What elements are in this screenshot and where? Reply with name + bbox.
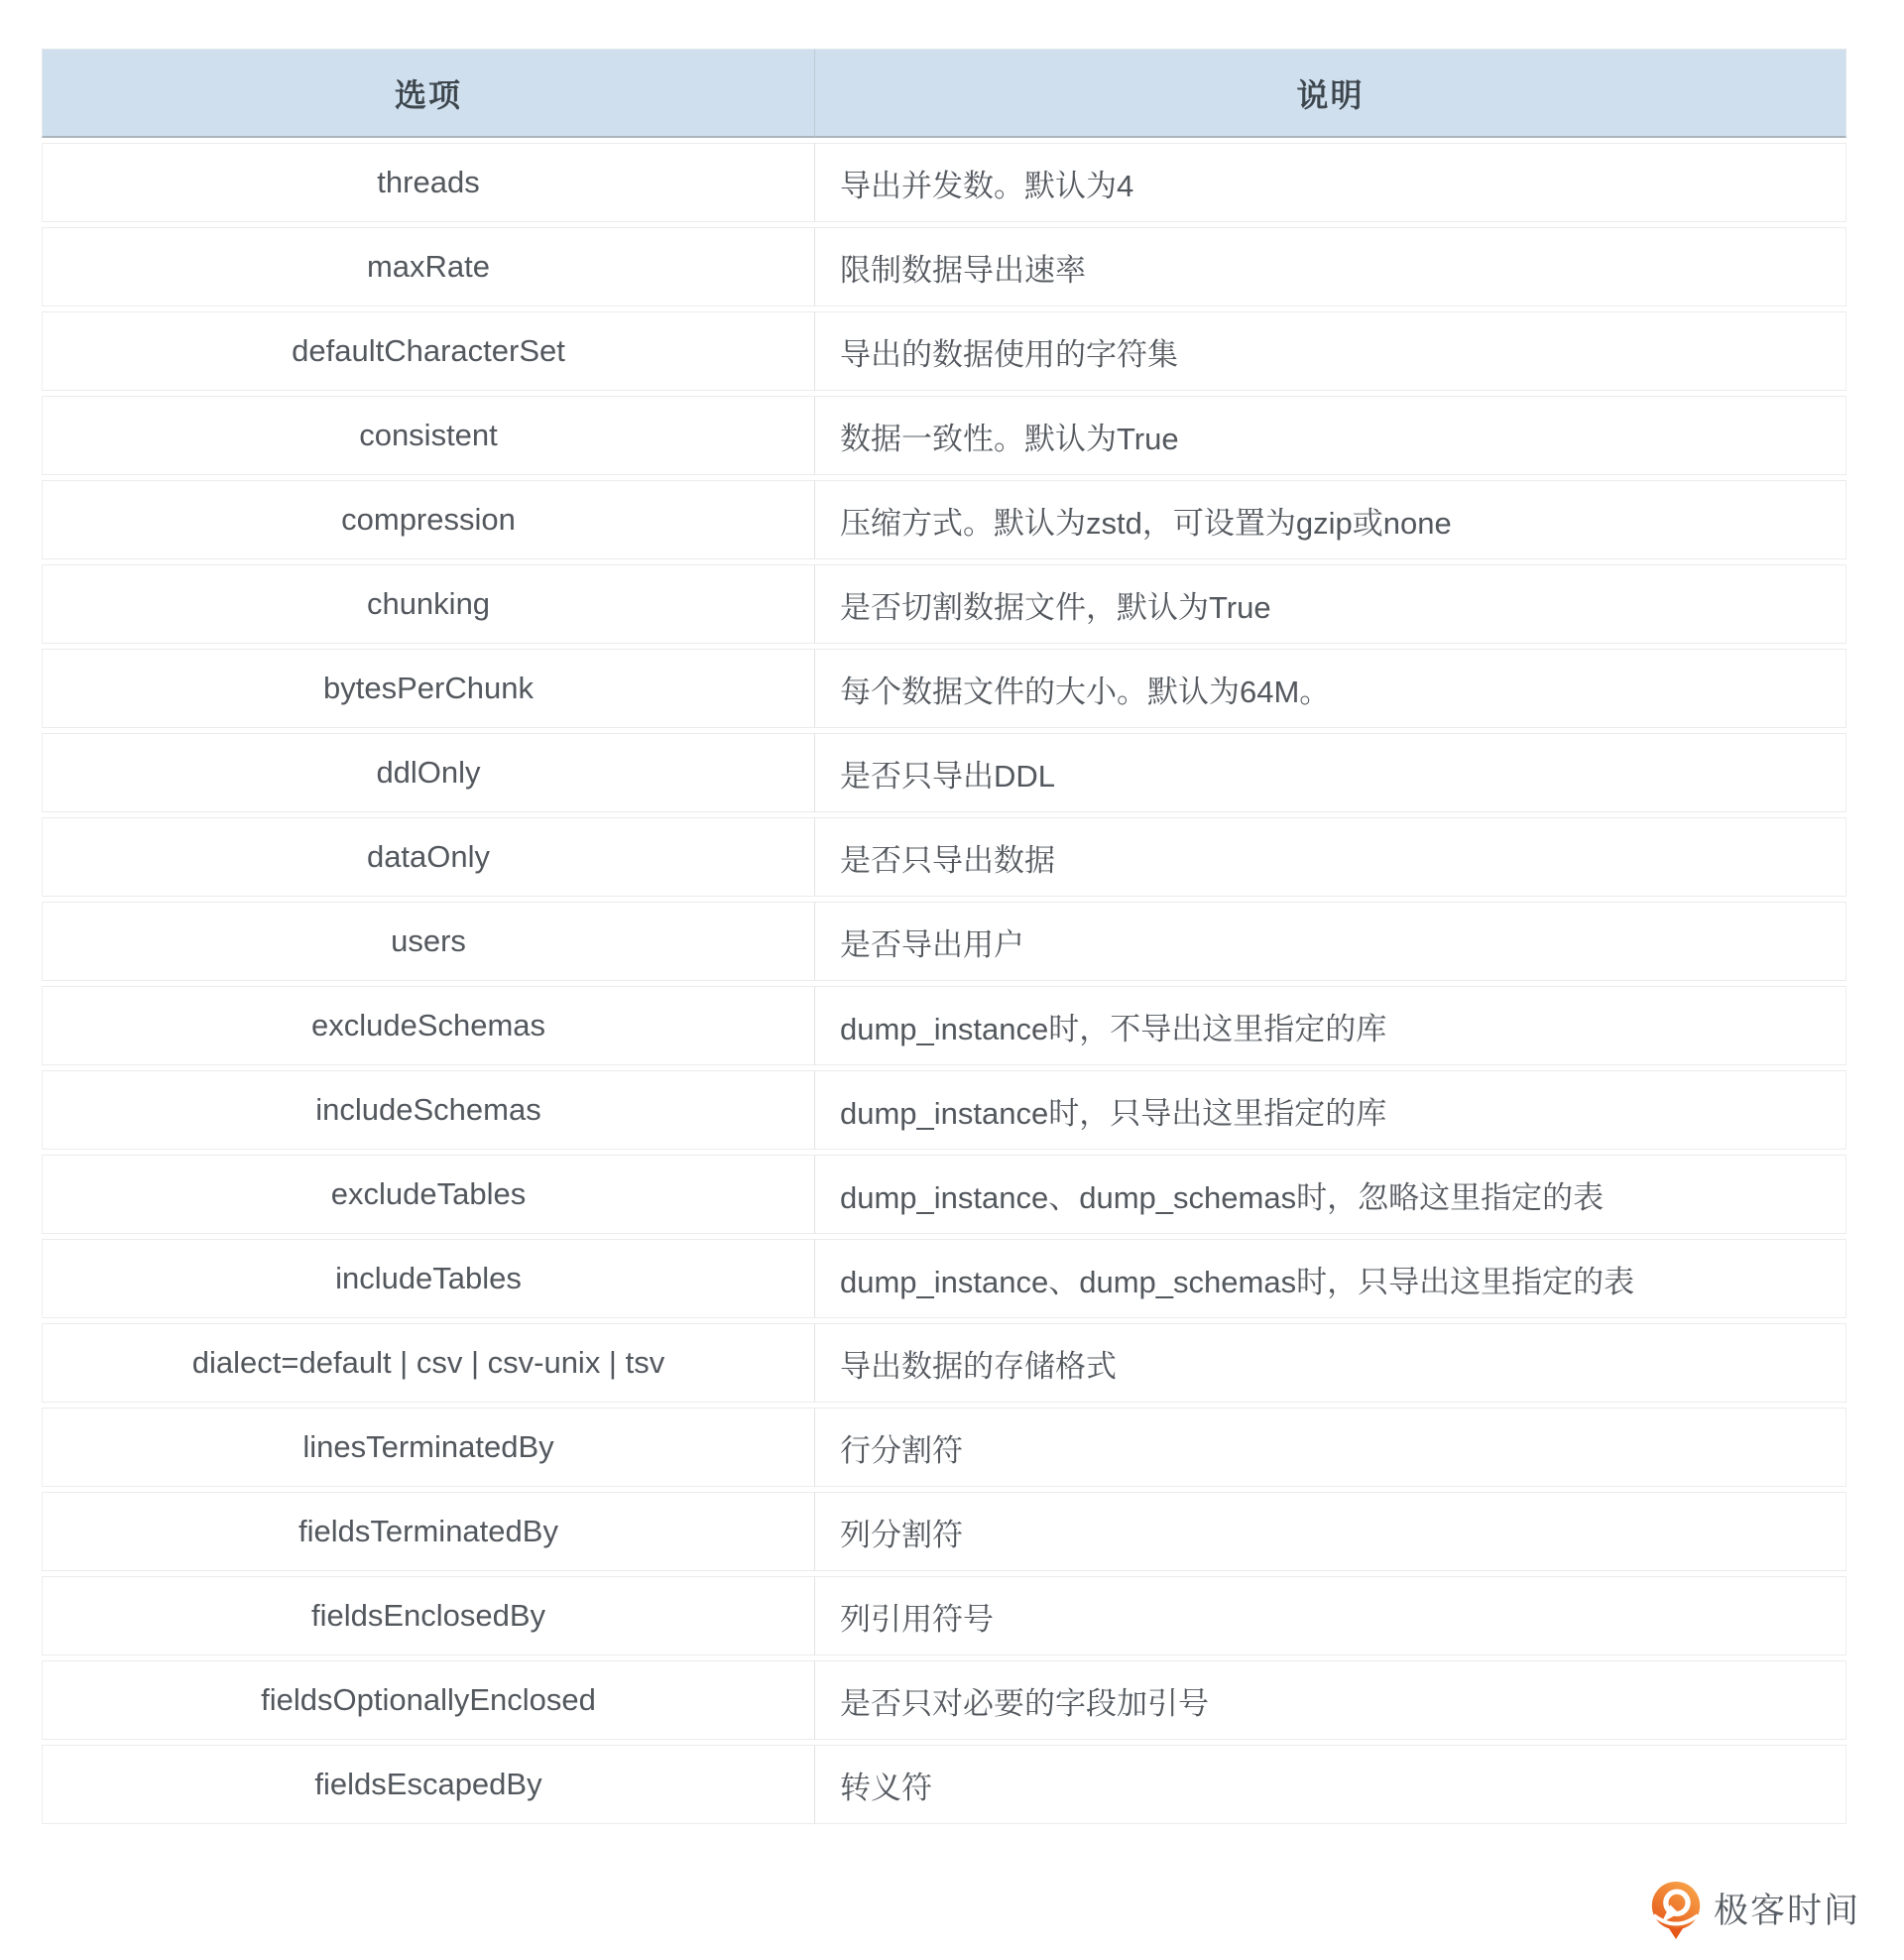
table-row: dataOnly 是否只导出数据 [42,817,1846,897]
table-row: includeSchemas dump_instance时，只导出这里指定的库 [42,1070,1846,1150]
table-row: includeTables dump_instance、dump_schemas… [42,1239,1846,1318]
description-cell: dump_instance、dump_schemas时，只导出这里指定的表 [815,1239,1846,1318]
table-row: linesTerminatedBy 行分割符 [42,1408,1846,1487]
table-row: ddlOnly 是否只导出DDL [42,733,1846,812]
option-cell: includeTables [42,1239,815,1318]
option-cell: consistent [42,396,815,475]
table-row: consistent 数据一致性。默认为True [42,396,1846,475]
table-row: fieldsTerminatedBy 列分割符 [42,1492,1846,1571]
option-cell: linesTerminatedBy [42,1408,815,1487]
options-table-container: 选项 说明 threads 导出并发数。默认为4 maxRate 限制数据导出速… [42,44,1846,1829]
description-cell: 导出并发数。默认为4 [815,143,1846,222]
description-cell: 每个数据文件的大小。默认为64M。 [815,649,1846,728]
description-cell: 列分割符 [815,1492,1846,1571]
table-row: threads 导出并发数。默认为4 [42,143,1846,222]
option-cell: threads [42,143,815,222]
option-cell: fieldsOptionallyEnclosed [42,1660,815,1740]
table-row: fieldsOptionallyEnclosed 是否只对必要的字段加引号 [42,1660,1846,1740]
options-table: 选项 说明 threads 导出并发数。默认为4 maxRate 限制数据导出速… [42,44,1846,1829]
option-cell: bytesPerChunk [42,649,815,728]
option-cell: fieldsEnclosedBy [42,1576,815,1655]
description-cell: 是否导出用户 [815,902,1846,981]
table-row: fieldsEnclosedBy 列引用符号 [42,1576,1846,1655]
table-row: excludeSchemas dump_instance时，不导出这里指定的库 [42,986,1846,1065]
table-row: users 是否导出用户 [42,902,1846,981]
description-cell: 转义符 [815,1745,1846,1824]
table-row: chunking 是否切割数据文件，默认为True [42,564,1846,644]
geektime-logo-icon [1648,1881,1704,1940]
column-header-option: 选项 [42,49,815,138]
table-row: bytesPerChunk 每个数据文件的大小。默认为64M。 [42,649,1846,728]
option-cell: dataOnly [42,817,815,897]
table-row: maxRate 限制数据导出速率 [42,227,1846,306]
table-header-row: 选项 说明 [42,49,1846,138]
option-cell: compression [42,480,815,559]
description-cell: 是否切割数据文件，默认为True [815,564,1846,644]
option-cell: fieldsEscapedBy [42,1745,815,1824]
description-cell: 是否只对必要的字段加引号 [815,1660,1846,1740]
description-cell: dump_instance时，只导出这里指定的库 [815,1070,1846,1150]
table-row: excludeTables dump_instance、dump_schemas… [42,1155,1846,1234]
description-cell: 是否只导出DDL [815,733,1846,812]
option-cell: excludeSchemas [42,986,815,1065]
description-cell: 导出数据的存储格式 [815,1323,1846,1403]
option-cell: ddlOnly [42,733,815,812]
description-cell: 是否只导出数据 [815,817,1846,897]
description-cell: 限制数据导出速率 [815,227,1846,306]
geektime-logo-text: 极客时间 [1714,1894,1860,1928]
table-row: dialect=default | csv | csv-unix | tsv 导… [42,1323,1846,1403]
option-cell: excludeTables [42,1155,815,1234]
table-row: fieldsEscapedBy 转义符 [42,1745,1846,1824]
description-cell: dump_instance时，不导出这里指定的库 [815,986,1846,1065]
description-cell: 行分割符 [815,1408,1846,1487]
description-cell: dump_instance、dump_schemas时，忽略这里指定的表 [815,1155,1846,1234]
table-row: defaultCharacterSet 导出的数据使用的字符集 [42,311,1846,391]
description-cell: 导出的数据使用的字符集 [815,311,1846,391]
geektime-watermark: 极客时间 [1648,1881,1860,1940]
option-cell: fieldsTerminatedBy [42,1492,815,1571]
option-cell: dialect=default | csv | csv-unix | tsv [42,1323,815,1403]
option-cell: defaultCharacterSet [42,311,815,391]
option-cell: includeSchemas [42,1070,815,1150]
option-cell: users [42,902,815,981]
description-cell: 数据一致性。默认为True [815,396,1846,475]
description-cell: 压缩方式。默认为zstd，可设置为gzip或none [815,480,1846,559]
description-cell: 列引用符号 [815,1576,1846,1655]
table-row: compression 压缩方式。默认为zstd，可设置为gzip或none [42,480,1846,559]
option-cell: chunking [42,564,815,644]
column-header-description: 说明 [815,49,1846,138]
option-cell: maxRate [42,227,815,306]
